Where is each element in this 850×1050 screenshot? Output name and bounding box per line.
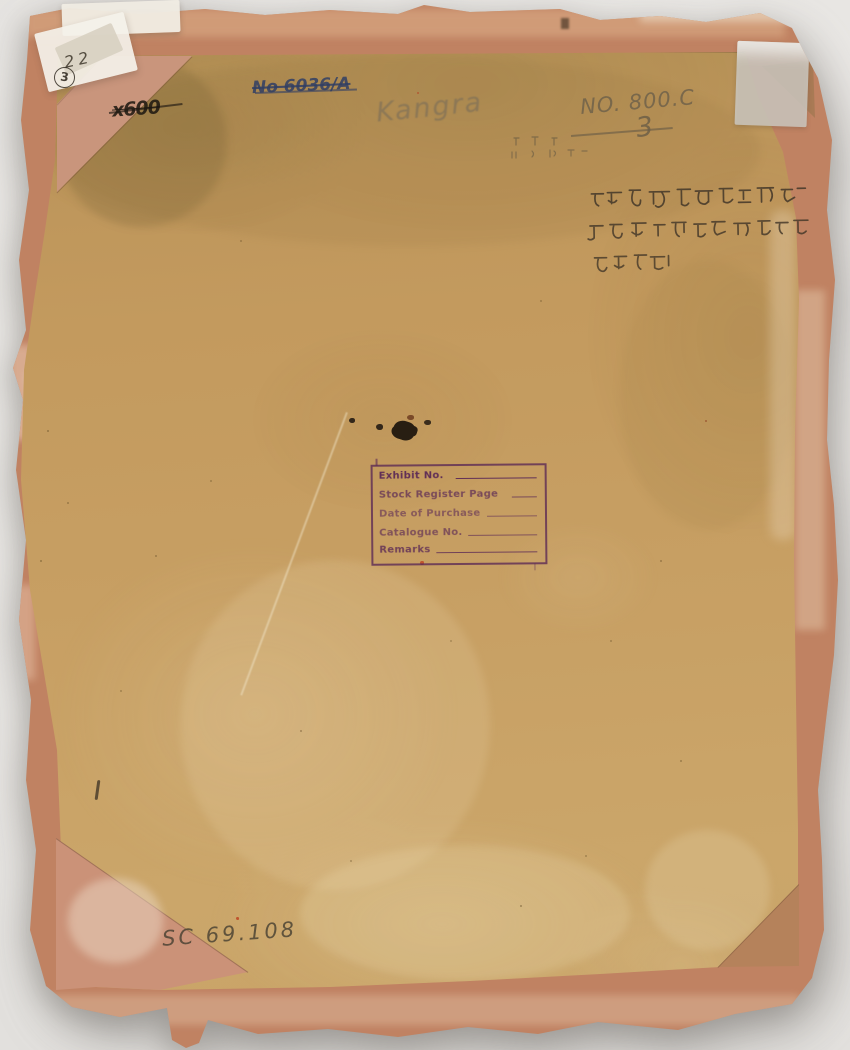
stamp-blank-line bbox=[437, 551, 538, 553]
stamp-row: Date of Purchase bbox=[379, 507, 539, 519]
stamp-row: Stock Register Page bbox=[379, 488, 539, 500]
stamp-label: Exhibit No. bbox=[379, 470, 444, 482]
stamp-blank-line bbox=[469, 534, 538, 536]
stamp-label: Stock Register Page bbox=[379, 489, 498, 501]
annotations-layer: 3 22 x600 No 6036/A Kangra NO. 800.C 3 bbox=[0, 0, 850, 1050]
tiny-marks-row1 bbox=[514, 137, 557, 145]
accession-number-sc69-108: SC 69.108 bbox=[161, 917, 298, 950]
stamp-row: Remarks bbox=[379, 543, 539, 555]
photograph-of-manuscript-verso: 3 22 x600 No 6036/A Kangra NO. 800.C 3 bbox=[0, 0, 850, 1050]
stamp-blank-line bbox=[487, 515, 537, 516]
stamp-blank-line bbox=[512, 496, 537, 497]
school-attribution-kangra: Kangra bbox=[375, 86, 485, 128]
stamp-label: Date of Purchase bbox=[379, 508, 481, 520]
inscription-line-3 bbox=[594, 255, 668, 272]
devanagari-inscription bbox=[587, 176, 819, 278]
stamp-row: Exhibit No. bbox=[379, 469, 539, 481]
museum-accession-stamp: Exhibit No. Stock Register Page Date of … bbox=[371, 463, 548, 566]
pencil-numeral-3: 3 bbox=[634, 111, 655, 144]
stamp-blank-line bbox=[456, 477, 537, 479]
inscription-line-1 bbox=[591, 187, 805, 208]
inscription-line-2 bbox=[588, 220, 808, 240]
tiny-pencil-notations bbox=[508, 130, 592, 160]
stamp-label: Catalogue No. bbox=[379, 527, 462, 539]
stamp-label: Remarks bbox=[379, 544, 430, 555]
pencil-corner-number: 22 bbox=[62, 47, 94, 71]
crossed-inventory-number: No 6036/A bbox=[252, 74, 351, 98]
stamp-row: Catalogue No. bbox=[379, 526, 539, 538]
tiny-marks-row2 bbox=[512, 150, 587, 158]
